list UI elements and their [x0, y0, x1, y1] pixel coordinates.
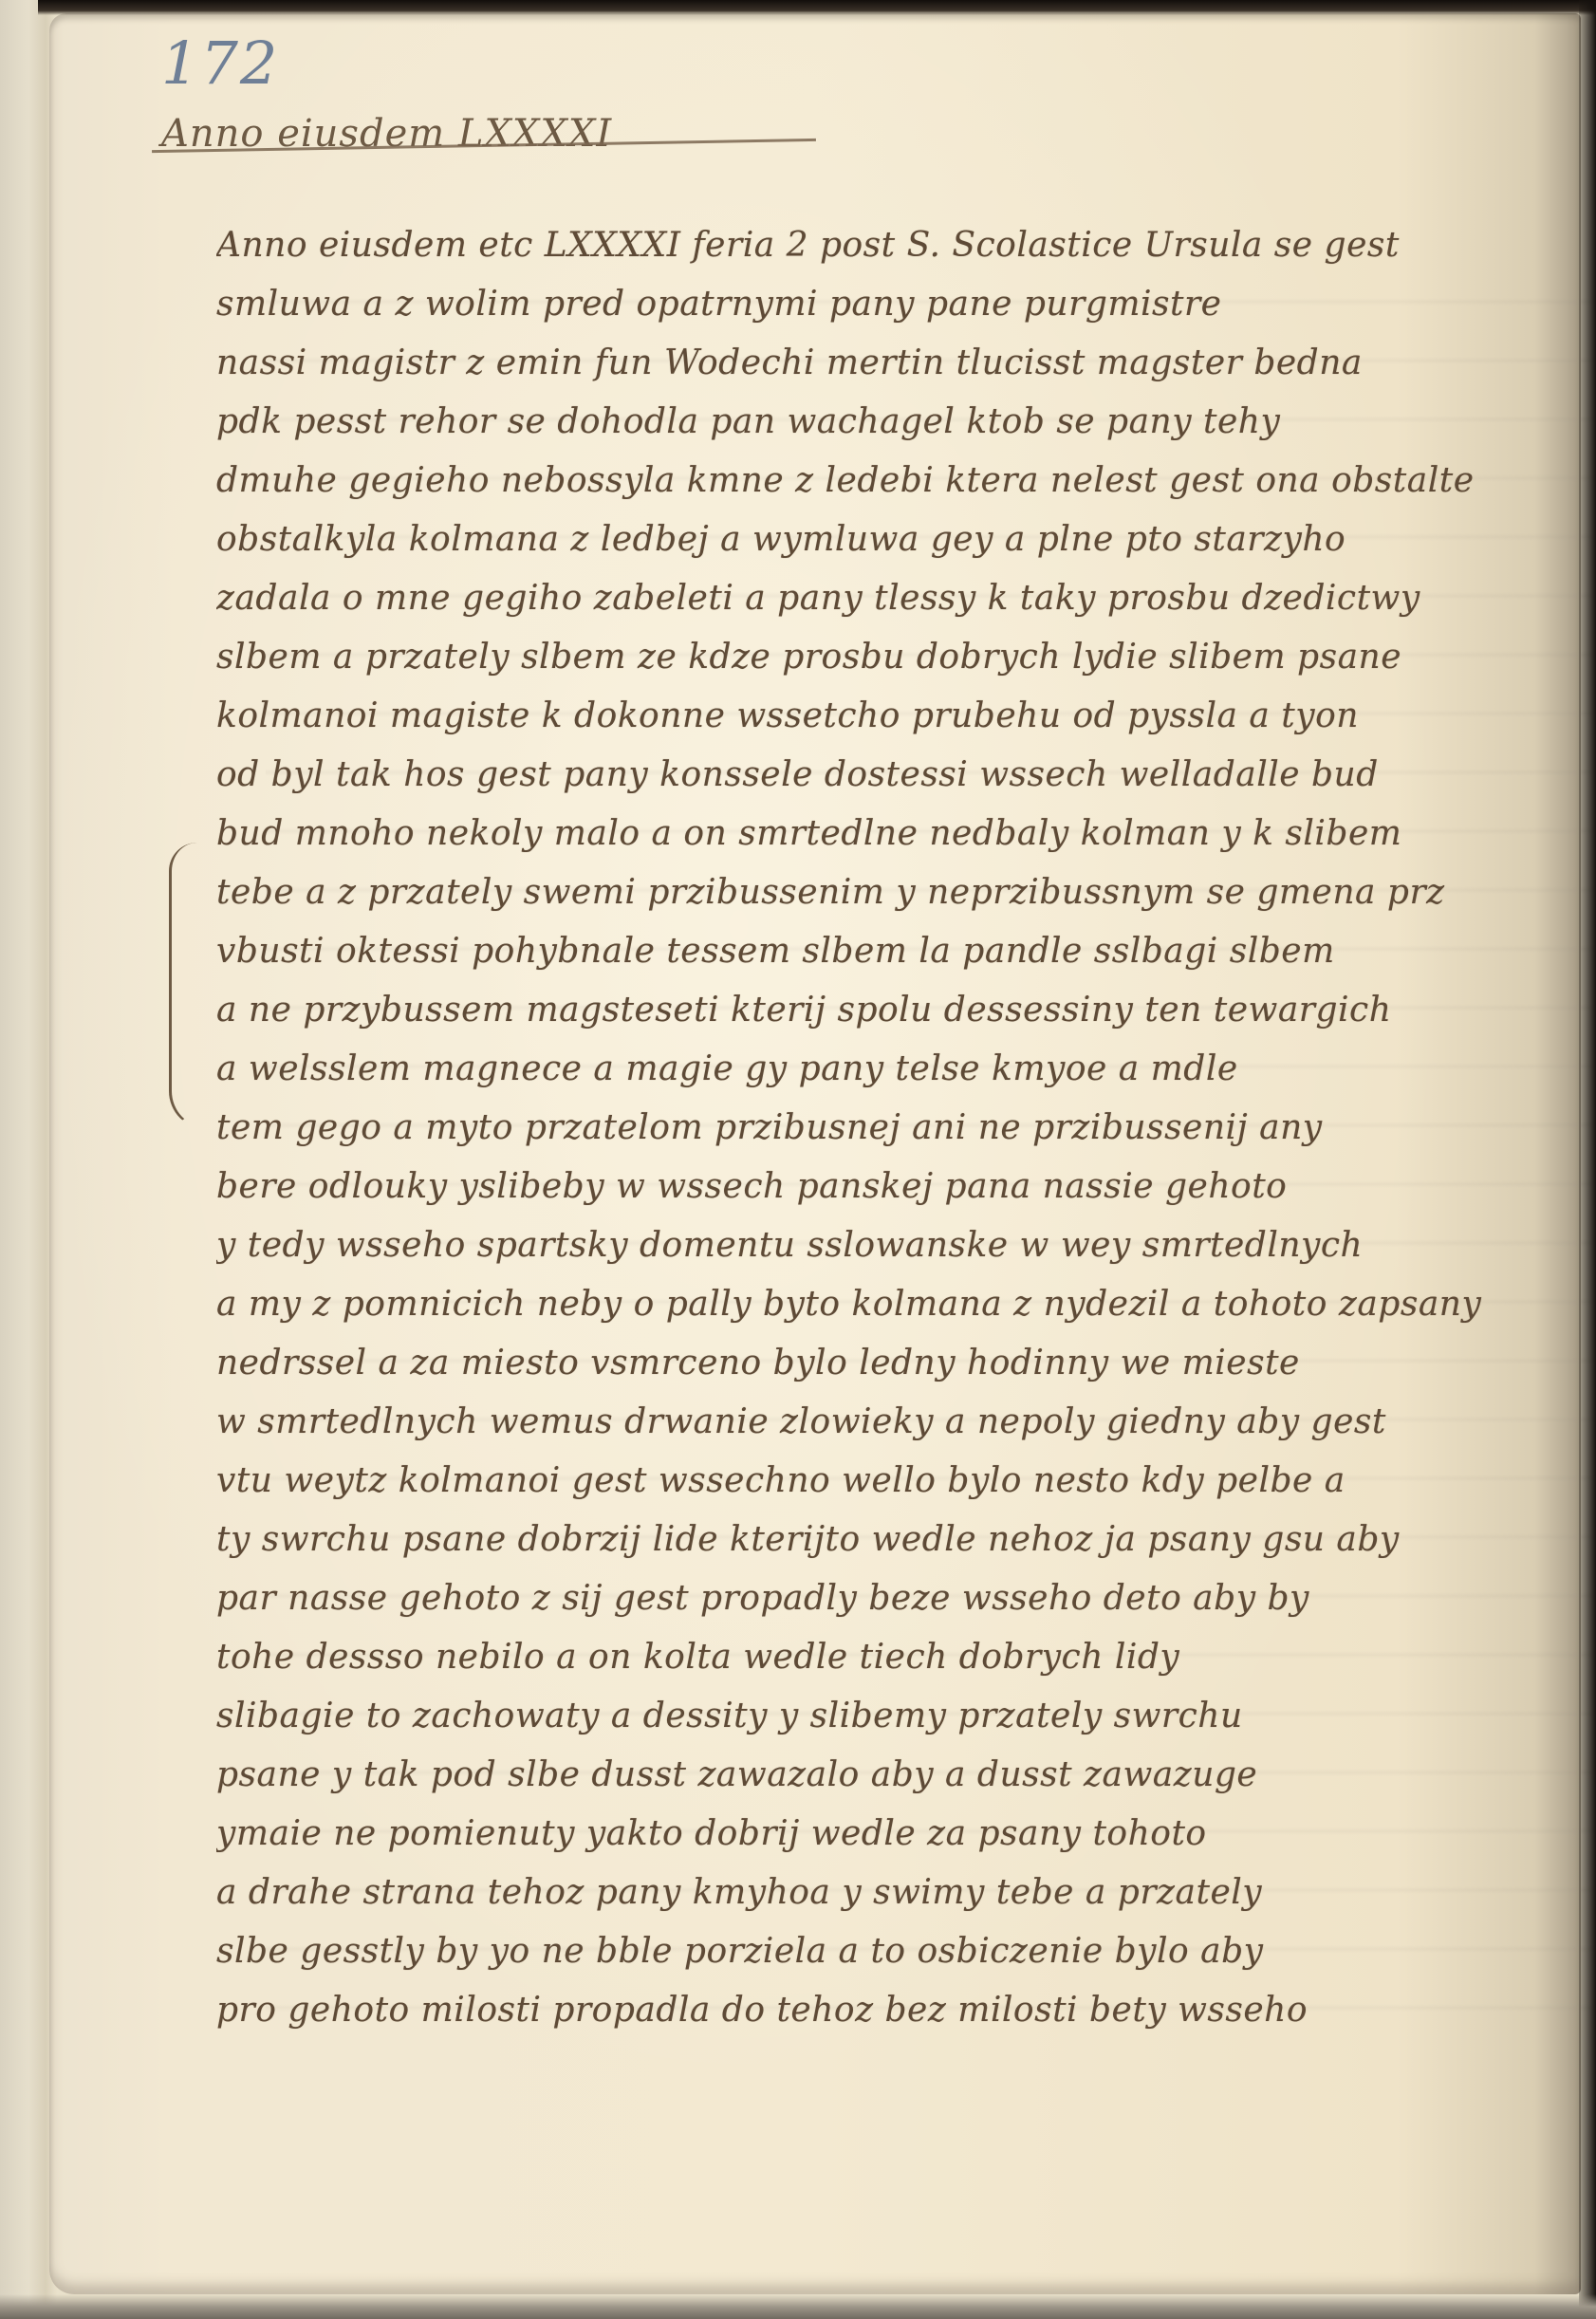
text-line: bere odlouky yslibeby w wssech panskej p…	[216, 1158, 1564, 1216]
text-line: par nasse gehoto z sij gest propadly bez…	[216, 1569, 1564, 1628]
text-line: a drahe strana tehoz pany kmyhoa y swimy…	[216, 1864, 1564, 1922]
folio-number: 172	[161, 28, 279, 98]
text-line: ty swrchu psane dobrzij lide kterijto we…	[216, 1511, 1564, 1569]
text-line: slbe gesstly by yo ne bble porziela a to…	[216, 1922, 1564, 1981]
text-line: nassi magistr z emin fun Wodechi mertin …	[216, 334, 1564, 393]
text-line: nedrssel a za miesto vsmrceno bylo ledny…	[216, 1334, 1564, 1393]
text-line: a my z pomnicich neby o pally byto kolma…	[216, 1275, 1564, 1334]
text-line: ymaie ne pomienuty yakto dobrij wedle za…	[216, 1805, 1564, 1864]
text-line: pdk pesst rehor se dohodla pan wachagel …	[216, 393, 1564, 452]
text-line: smluwa a z wolim pred opatrnymi pany pan…	[216, 275, 1564, 334]
text-line: kolmanoi magiste k dokonne wssetcho prub…	[216, 687, 1564, 746]
text-line: Anno eiusdem etc LXXXXI feria 2 post S. …	[216, 216, 1564, 275]
bottom-edge	[0, 2294, 1596, 2319]
manuscript-body: Anno eiusdem etc LXXXXI feria 2 post S. …	[216, 216, 1564, 2040]
text-line: od byl tak hos gest pany konssele dostes…	[216, 746, 1564, 805]
text-line: y tedy wsseho spartsky domentu sslowansk…	[216, 1216, 1564, 1275]
text-line: a ne przybussem magsteseti kterij spolu …	[216, 981, 1564, 1040]
text-line: vtu weytz kolmanoi gest wssechno wello b…	[216, 1452, 1564, 1511]
text-line: w smrtedlnych wemus drwanie zlowieky a n…	[216, 1393, 1564, 1452]
text-line: pro gehoto milosti propadla do tehoz bez…	[216, 1981, 1564, 2040]
book-scan: 172 Anno eiusdem LXXXXI Anno eiusdem etc…	[0, 0, 1596, 2319]
right-edge-shadow	[1579, 0, 1596, 2319]
text-line: slibagie to zachowaty a dessity y slibem…	[216, 1687, 1564, 1746]
text-line: zadala o mne gegiho zabeleti a pany tles…	[216, 569, 1564, 628]
text-line: slbem a przately slbem ze kdze prosbu do…	[216, 628, 1564, 687]
text-line: a welsslem magnece a magie gy pany telse…	[216, 1040, 1564, 1099]
text-line: psane y tak pod slbe dusst zawazalo aby …	[216, 1746, 1564, 1805]
text-line: obstalkyla kolmana z ledbej a wymluwa ge…	[216, 510, 1564, 569]
text-line: dmuhe gegieho nebossyla kmne z ledebi kt…	[216, 452, 1564, 510]
text-line: vbusti oktessi pohybnale tessem slbem la…	[216, 922, 1564, 981]
text-line: tem gego a myto przatelom przibusnej ani…	[216, 1099, 1564, 1158]
text-line: tebe a z przately swemi przibussenim y n…	[216, 863, 1564, 922]
margin-bracket-icon	[169, 843, 210, 1129]
text-line: bud mnoho nekoly malo a on smrtedlne ned…	[216, 805, 1564, 863]
text-line: tohe dessso nebilo a on kolta wedle tiec…	[216, 1628, 1564, 1687]
top-edge-shadow	[38, 0, 1596, 15]
